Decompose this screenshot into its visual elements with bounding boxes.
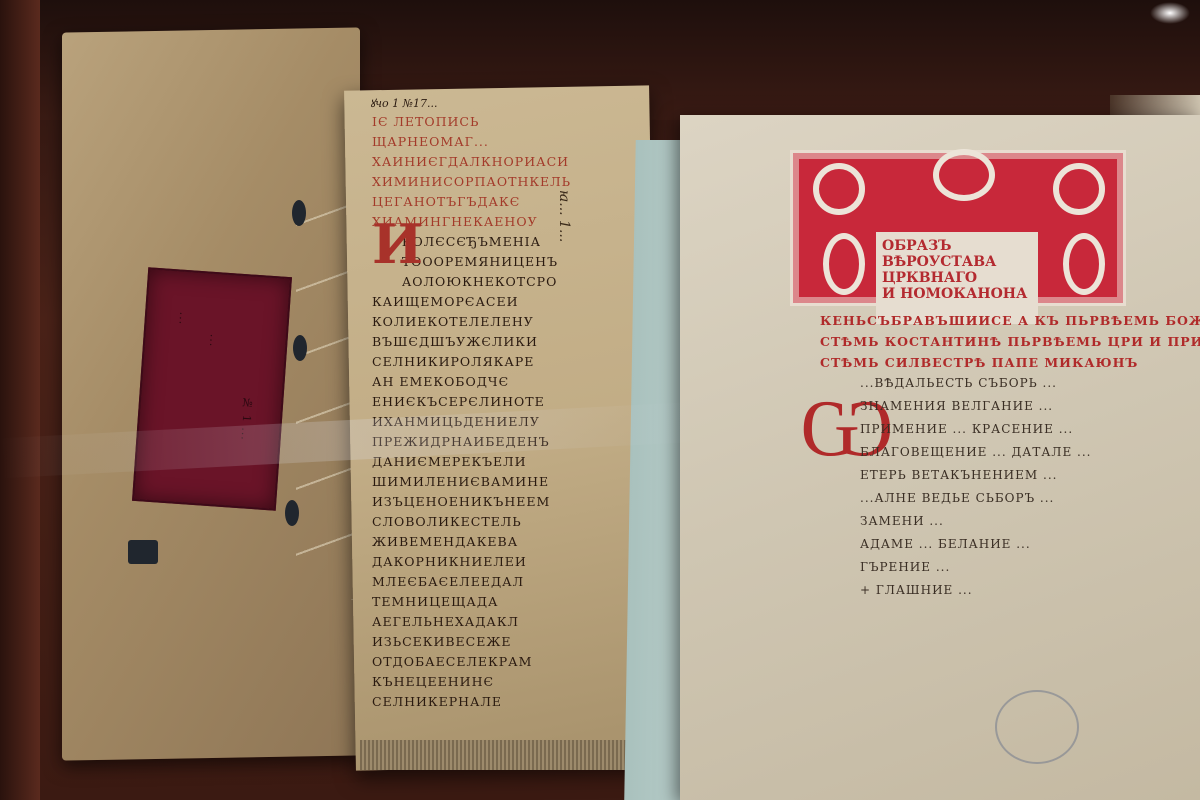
shelfmark-inscription: ꙋчо 1 №17... bbox=[370, 96, 438, 111]
text-line: КАИЩЕМОРЄАСЕИ bbox=[372, 294, 519, 309]
rubric-line: КЕНЬСЪБРАВЪШИИСЕ А КЪ ПЬРВѢЕМЬ БОЖЕ ПРИ bbox=[820, 313, 1200, 328]
text-line: БЛАГОВЕЩЕНИЕ ... ДАТАЛЕ ... bbox=[860, 445, 1091, 459]
text-line: МЛЕЄБАЄЕЛЕЕДАЛ bbox=[372, 574, 524, 589]
text-line: ЖИВЕМЕНДАКЕВА bbox=[372, 534, 518, 549]
text-line: ЕНИЄКЪСЕРЄЛИНОТЕ bbox=[372, 394, 545, 409]
label-line: ... bbox=[207, 334, 221, 348]
text-line: ВЪШЄДШЪУЖЄЛИКИ bbox=[372, 334, 538, 349]
interlace-knot bbox=[1053, 163, 1105, 215]
binding-hole bbox=[292, 200, 306, 226]
figure-ornament bbox=[1063, 233, 1105, 295]
text-line: ЗАМЕНИ ... bbox=[860, 514, 944, 528]
text-line: КОЛИЕКОТЕЛЕЛЕНУ bbox=[372, 314, 534, 329]
text-line: ЕТЕРЬ ВЕТАКЪНЕНИЕМ ... bbox=[860, 468, 1057, 482]
text-line: ХИМИНИСОРПАОТНКЕЛЬ bbox=[372, 174, 571, 189]
interlace-knot bbox=[933, 149, 995, 201]
title-line: ОБРАЗЪ bbox=[882, 238, 952, 254]
interlace-knot bbox=[813, 163, 865, 215]
rubric-text: КЕНЬСЪБРАВЪШИИСЕ А КЪ ПЬРВѢЕМЬ БОЖЕ ПРИ … bbox=[820, 310, 1200, 373]
text-line: ОТДОБАЕСЕЛЕКРАМ bbox=[372, 654, 532, 669]
text-line: ...АЛНЕ ВЕДЬЕ СЬБОРЪ ... bbox=[860, 491, 1054, 505]
text-line: АОЛОЮКНЕКОТСРО bbox=[402, 274, 558, 289]
binding-hole bbox=[293, 335, 307, 361]
text-line: СЛОВОЛИКЕСТЕЛЬ bbox=[372, 514, 522, 529]
margin-annotation: ꙗ... 1... bbox=[556, 190, 572, 242]
text-line: ПРИМЕНИЕ ... КРАСЕНИЕ ... bbox=[860, 422, 1073, 436]
text-line: ...ВѢДАЛЬЕСТЬ СЪБОРЬ ... bbox=[860, 376, 1057, 390]
text-line: СЕЛНИКЕРНАЛЕ bbox=[372, 694, 502, 709]
title-line: ЦРКВНАГО bbox=[882, 270, 977, 286]
illuminated-initial: И bbox=[372, 215, 434, 273]
cover-label-plate: ... ... № 1 ... bbox=[132, 267, 292, 510]
text-line: ХАИНИЄГДАЛКНОРИАСИ bbox=[372, 154, 569, 169]
text-line: ЩАРНЕОМАГ... bbox=[372, 134, 494, 149]
binding-hole bbox=[285, 500, 299, 526]
rubric-line: СТѢМЬ КОСТАНТИНѢ ПЬРВѢЕМЬ ЦРИ И ПРИ bbox=[820, 334, 1200, 349]
codex-page-edges bbox=[360, 740, 660, 770]
folio-text-block: ...ВѢДАЛЬЕСТЬ СЪБОРЬ ... ЗНАМЕНИЯ ВЕЛГАН… bbox=[860, 372, 1091, 602]
text-line: ЦЕГАНОТЪГЪДАКЄ bbox=[372, 194, 520, 209]
text-line: ИЗЪЦЕНОЕНИКЪНЕЕМ bbox=[372, 494, 550, 509]
text-line: + ГЛАШНИЕ ... bbox=[860, 583, 973, 597]
library-stamp bbox=[995, 690, 1079, 764]
text-line: ДАКОРНИКНИЕЛЕИ bbox=[372, 554, 527, 569]
ceiling-light-reflection bbox=[1150, 2, 1190, 24]
text-line: ГЪРЕНИЕ ... bbox=[860, 560, 950, 574]
text-line: ИЗЬСЕКИВЕСЕЖЕ bbox=[372, 634, 512, 649]
case-frame-left bbox=[0, 0, 40, 800]
title-line: ВѢРОУСТАВА bbox=[882, 254, 996, 270]
text-line: ТЕМНИЦЕЩАДА bbox=[372, 594, 498, 609]
text-line: СЕЛНИКИРОЛЯКАРЕ bbox=[372, 354, 534, 369]
text-line: ШИМИЛЕНИЄВАМИНЕ bbox=[372, 474, 549, 489]
figure-ornament bbox=[823, 233, 865, 295]
text-line: АЕГЕЛЬНЕХАДАКЛ bbox=[372, 614, 519, 629]
text-line: ЗНАМЕНИЯ ВЕЛГАНИЕ ... bbox=[860, 399, 1053, 413]
cover-clasp-hole bbox=[128, 540, 158, 564]
text-line: КЪНЕЦЕЕНИНЄ bbox=[372, 674, 494, 689]
codex-heading: ІЄ ЛЕТОПИСЬ bbox=[372, 114, 479, 129]
text-line: АДАМЕ ... БЕЛАНИЕ ... bbox=[860, 537, 1031, 551]
text-line: АН ЕМЕКОБОДЧЄ bbox=[372, 374, 509, 389]
label-line: ... bbox=[176, 311, 190, 325]
title-line: И НОМОКАНОНА bbox=[882, 286, 1027, 302]
